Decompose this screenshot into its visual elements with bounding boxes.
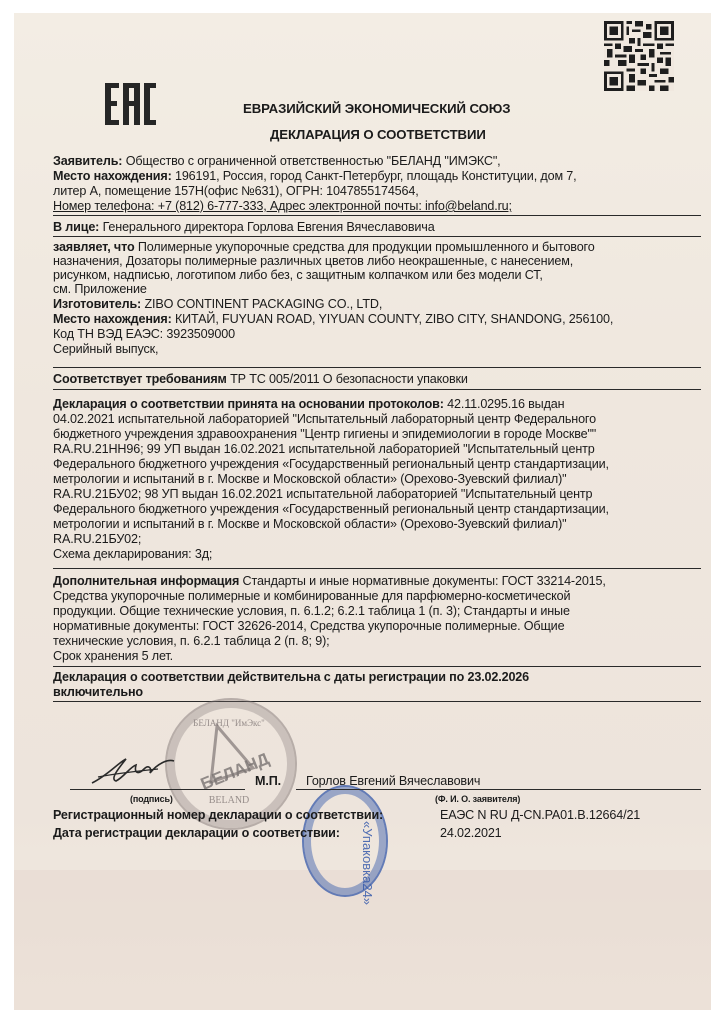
compliance-value: ТР ТС 005/2011 О безопасности упаковки: [227, 372, 468, 386]
divider: [53, 215, 701, 216]
validity-line1: Декларация о соответствии действительна …: [53, 670, 529, 684]
basis-text: Федерального бюджетного учреждения «Госу…: [53, 502, 609, 516]
basis-text: метрологии и испытаний в г. Москве и Мос…: [53, 517, 566, 531]
basis-text: Федерального бюджетного учреждения «Госу…: [53, 457, 609, 471]
basis-text: RA.RU.21НН96; 99 УП выдан 16.02.2021 исп…: [53, 442, 595, 456]
divider: [53, 666, 701, 667]
hs-code: Код ТН ВЭД ЕАЭС: 3923509000: [53, 327, 235, 341]
divider: [53, 236, 701, 237]
svg-text:БЕЛАНД "ИмЭкс": БЕЛАНД "ИмЭкс": [193, 718, 265, 728]
basis-text: RA.RU.21БУ02;: [53, 532, 141, 546]
shelf-life: Срок хранения 5 лет.: [53, 649, 173, 663]
basis-first: 42.11.0295.16 выдан: [444, 397, 565, 411]
additional-label: Дополнительная информация: [53, 574, 239, 588]
divider: [53, 701, 701, 702]
additional-text: нормативные документы: ГОСТ 32626-2014, …: [53, 619, 564, 633]
manufacturer-location-value: КИТАЙ, FUYUAN ROAD, YIYUAN COUNTY, ZIBO …: [172, 312, 614, 326]
validity-text: Декларация о соответствии действительна …: [53, 670, 529, 684]
manufacturer-location-label: Место нахождения:: [53, 312, 172, 326]
applicant-location-label: Место нахождения:: [53, 169, 172, 183]
seal-mark: М.П.: [255, 774, 281, 788]
declares-text: рисунком, надписью, логотипом либо без, …: [53, 268, 543, 282]
validity-text: включительно: [53, 685, 143, 699]
applicant-location-line: Место нахождения: 196191, Россия, город …: [53, 169, 577, 183]
declares-text: назначения, Дозаторы полимерные различны…: [53, 254, 573, 268]
declares-label: заявляет, что: [53, 240, 134, 254]
basis-text: RA.RU.21БУ02; 98 УП выдан 16.02.2021 исп…: [53, 487, 592, 501]
union-title: ЕВРАЗИЙСКИЙ ЭКОНОМИЧЕСКИЙ СОЮЗ: [243, 101, 510, 116]
additional-text: технические условия, п. 6.2.1 таблица 2 …: [53, 634, 329, 648]
applicant-location-line2: литер А, помещение 157Н(офис №631), ОГРН…: [53, 184, 419, 198]
registration-date-value: 24.02.2021: [440, 826, 502, 840]
basis-label: Декларация о соответствии принята на осн…: [53, 397, 444, 411]
compliance-line: Соответствует требованиям ТР ТС 005/2011…: [53, 372, 468, 386]
applicant-line: Заявитель: Общество с ограниченной ответ…: [53, 154, 501, 168]
validity-line2: включительно: [53, 685, 143, 699]
compliance-label: Соответствует требованиям: [53, 372, 227, 386]
signatory-name: Горлов Евгений Вячеславович: [306, 774, 480, 788]
divider: [53, 389, 701, 390]
divider: [53, 568, 701, 569]
declares-line: заявляет, что Полимерные укупорочные сре…: [53, 240, 595, 254]
additional-text: продукции. Общие технические условия, п.…: [53, 604, 570, 618]
applicant-location-value: 196191, Россия, город Санкт-Петербург, п…: [172, 169, 577, 183]
manufacturer-location-line: Место нахождения: КИТАЙ, FUYUAN ROAD, YI…: [53, 312, 613, 326]
registration-date-label: Дата регистрации декларации о соответств…: [53, 826, 340, 840]
additional-first: Стандарты и иные нормативные документы: …: [239, 574, 606, 588]
name-line: [296, 789, 701, 790]
representative-value: Генерального директора Горлова Евгения В…: [99, 220, 434, 234]
basis-text: бюджетного учреждения здравоохранения "Ц…: [53, 427, 596, 441]
applicant-value: Общество с ограниченной ответственностью…: [122, 154, 500, 168]
declares-text: Полимерные укупорочные средства для прод…: [134, 240, 594, 254]
name-caption: (Ф. И. О. заявителя): [435, 792, 520, 806]
declaration-scheme: Схема декларирования: 3д;: [53, 547, 212, 561]
additional-text: Средства укупорочные полимерные и комбин…: [53, 589, 570, 603]
basis-text: метрологии и испытаний в г. Москве и Мос…: [53, 472, 566, 486]
signature-caption: (подпись): [130, 792, 173, 806]
document-title: ДЕКЛАРАЦИЯ О СООТВЕТСТВИИ: [270, 127, 486, 142]
representative-label: В лице:: [53, 220, 99, 234]
divider: [53, 367, 701, 368]
basis-line: Декларация о соответствии принята на осн…: [53, 397, 564, 411]
additional-line: Дополнительная информация Стандарты и ин…: [53, 574, 606, 588]
applicant-label: Заявитель:: [53, 154, 122, 168]
eac-logo-icon: [105, 83, 155, 125]
qr-code-icon[interactable]: [604, 20, 674, 92]
signature-line: [70, 789, 245, 790]
manufacturer-value: ZIBO CONTINENT PACKAGING CO., LTD,: [141, 297, 382, 311]
registration-number-label: Регистрационный номер декларации о соотв…: [53, 808, 383, 822]
blue-seal-stamp-icon: «Упаковка24»: [302, 785, 388, 897]
manufacturer-label: Изготовитель:: [53, 297, 141, 311]
release-type: Серийный выпуск,: [53, 342, 158, 356]
registration-number-value: ЕАЭС N RU Д-CN.PA01.B.12664/21: [440, 808, 640, 822]
representative-line: В лице: Генерального директора Горлова Е…: [53, 220, 435, 234]
manufacturer-line: Изготовитель: ZIBO CONTINENT PACKAGING C…: [53, 297, 382, 311]
basis-text: 04.02.2021 испытательной лабораторией "И…: [53, 412, 596, 426]
signature-icon: [88, 753, 178, 789]
declares-text: см. Приложение: [53, 282, 147, 296]
applicant-contacts: Номер телефона: +7 (812) 6-777-333, Адре…: [53, 199, 512, 213]
svg-text:BELAND: BELAND: [209, 795, 250, 806]
